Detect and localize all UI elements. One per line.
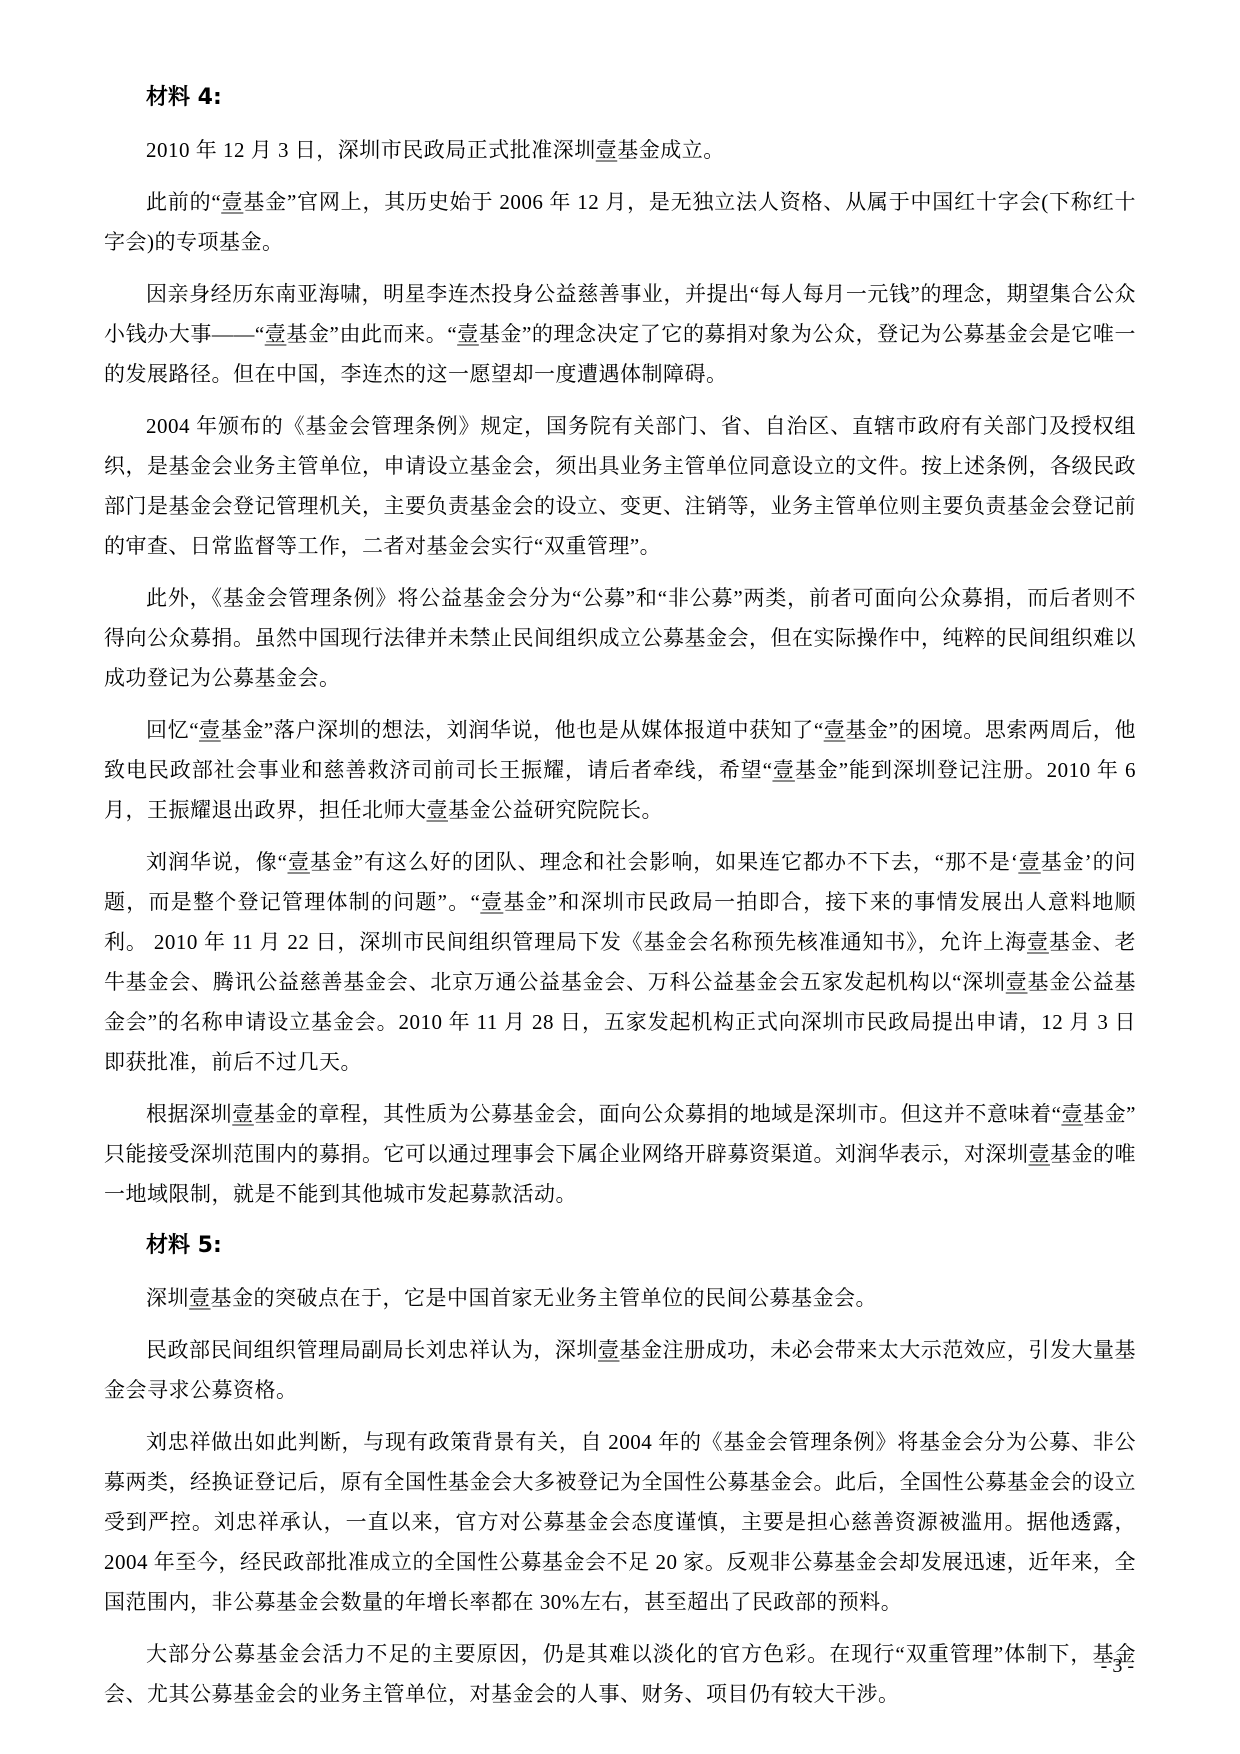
yi-underline-mark: 壹 xyxy=(1006,970,1028,994)
material-5-paragraph: 深圳壹基金的突破点在于，它是中国首家无业务主管单位的民间公募基金会。 xyxy=(104,1278,1136,1318)
yi-underline-mark: 壹 xyxy=(772,758,794,782)
yi-underline-mark: 壹 xyxy=(598,1338,620,1362)
material-5-heading: 材料 5: xyxy=(104,1226,1136,1266)
yi-underline-mark: 壹 xyxy=(457,322,479,346)
material-4-paragraph: 此前的“壹基金”官网上，其历史始于 2006 年 12 月，是无独立法人资格、从… xyxy=(104,182,1136,262)
yi-underline-mark: 壹 xyxy=(596,138,618,162)
document-page: 材料 4: 2010 年 12 月 3 日，深圳市民政局正式批准深圳壹基金成立。… xyxy=(0,0,1240,1754)
material-4-paragraph: 2004 年颁布的《基金会管理条例》规定，国务院有关部门、省、自治区、直辖市政府… xyxy=(104,406,1136,566)
material-5-paragraph: 大部分公募基金会活力不足的主要原因，仍是其难以淡化的官方色彩。在现行“双重管理”… xyxy=(104,1634,1136,1714)
material-4-paragraph: 此外，《基金会管理条例》将公益基金会分为“公募”和“非公募”两类，前者可面向公众… xyxy=(104,578,1136,698)
material-5-paragraph: 刘忠祥做出如此判断，与现有政策背景有关，自 2004 年的《基金会管理条例》将基… xyxy=(104,1422,1136,1622)
yi-underline-mark: 壹 xyxy=(232,1102,254,1126)
yi-underline-mark: 壹 xyxy=(1061,1102,1083,1126)
material-4-paragraph: 刘润华说，像“壹基金”有这么好的团队、理念和社会影响，如果连它都办不下去，“那不… xyxy=(104,842,1136,1082)
material-4-paragraph: 2010 年 12 月 3 日，深圳市民政局正式批准深圳壹基金成立。 xyxy=(104,130,1136,170)
yi-underline-mark: 壹 xyxy=(189,1286,211,1310)
page-number: - 3 - xyxy=(1101,1652,1134,1680)
yi-underline-mark: 壹 xyxy=(1018,850,1040,874)
yi-underline-mark: 壹 xyxy=(288,850,310,874)
material-4-paragraph: 回忆“壹基金”落户深圳的想法，刘润华说，他也是从媒体报道中获知了“壹基金”的困境… xyxy=(104,710,1136,830)
material-4-paragraph: 根据深圳壹基金的章程，其性质为公募基金会，面向公众募捐的地域是深圳市。但这并不意… xyxy=(104,1094,1136,1214)
material-4-heading: 材料 4: xyxy=(104,78,1136,118)
yi-underline-mark: 壹 xyxy=(1027,930,1049,954)
yi-underline-mark: 壹 xyxy=(427,798,449,822)
yi-underline-mark: 壹 xyxy=(199,718,221,742)
yi-underline-mark: 壹 xyxy=(1029,1142,1051,1166)
yi-underline-mark: 壹 xyxy=(824,718,846,742)
yi-underline-mark: 壹 xyxy=(480,890,503,914)
material-4-paragraph: 因亲身经历东南亚海啸，明星李连杰投身公益慈善事业，并提出“每人每月一元钱”的理念… xyxy=(104,274,1136,394)
yi-underline-mark: 壹 xyxy=(265,322,287,346)
material-5-paragraph: 民政部民间组织管理局副局长刘忠祥认为，深圳壹基金注册成功，未必会带来太大示范效应… xyxy=(104,1330,1136,1410)
yi-underline-mark: 壹 xyxy=(221,190,243,214)
